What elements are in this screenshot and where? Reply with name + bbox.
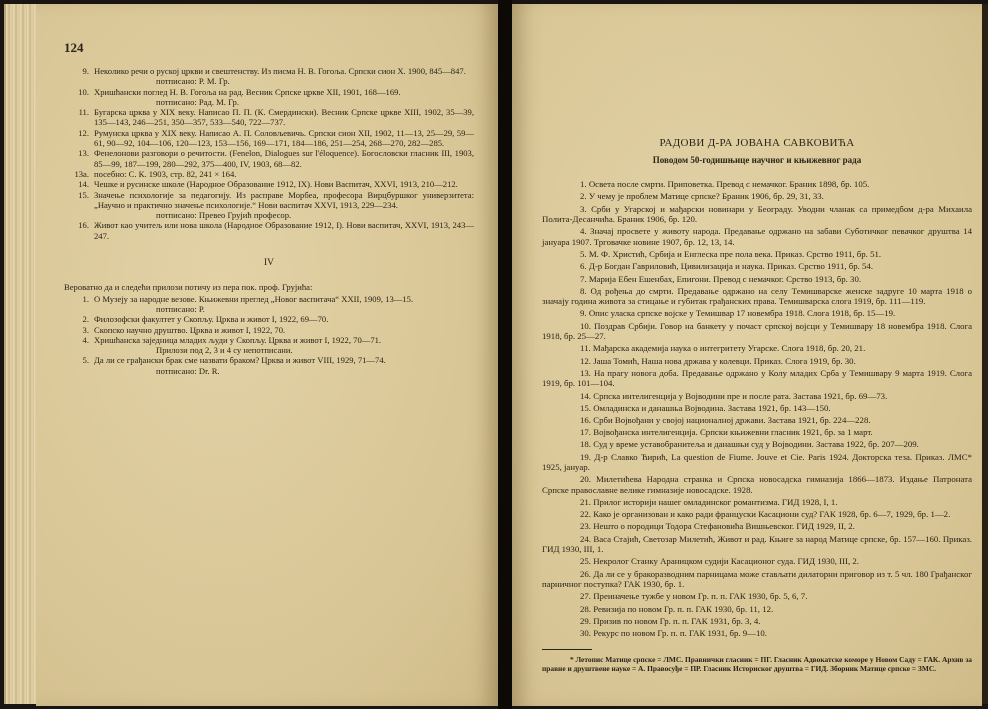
list-item: 18. Суд у време уставобранитеља и данашњ… [542,439,972,450]
item-number: 8. [580,286,587,296]
item-number: 20. [580,474,591,484]
list-item: 14.Чешке и русинске школе (Народное Обра… [64,179,474,189]
list-item: 1.О Музеју за народне везове. Књижевни п… [64,294,474,304]
list-item: 12. Јаша Томић, Наша нова држава у колев… [542,356,972,367]
section-heading: IV [64,258,474,268]
list-item: 12.Румунска црква у XIX веку. Написао А.… [64,128,474,149]
item-number: 4. [64,335,94,345]
list-item: 27. Преиначење тужбе у новом Гр. п. п. Г… [542,591,972,602]
list-item: 23. Нешто о породици Тодора Стефановића … [542,521,972,532]
item-number: 16. [64,220,94,241]
item-text: Д-р Славко Ћирић, La question de Fiume. … [542,452,972,473]
list-item: 15. Омладинска и данашња Војводина. Заст… [542,403,972,414]
item-number: 2. [64,314,94,324]
item-text: Хришћански поглед Н. В. Гогоља на рад. В… [94,87,474,97]
item-text: Преиначење тужбе у новом Гр. п. п. ГАК 1… [593,591,807,601]
item-text: Да ли се у бракоразводним парницама може… [542,569,972,590]
item-text: посебно: С. К. 1903, стр. 82, 241 × 164. [94,169,474,179]
item-number: 14. [580,391,591,401]
item-number: 15. [64,190,94,211]
item-text: Рекурс по новом Гр. п. п. ГАК 1931, бр. … [593,628,767,638]
item-number: 15. [580,403,591,413]
right-page-content: РАДОВИ Д-РА ЈОВАНА САВКОВИЋА Поводом 50-… [542,138,972,673]
item-number: 19. [580,452,591,462]
item-number: 4. [580,226,587,236]
savkovic-works-list: 1. Освета после смрти. Приповетка. Прево… [542,179,972,638]
item-signature: потписано: Рад. М. Гр. [64,97,474,107]
item-text: Нешто о породици Тодора Стефановића Вишњ… [593,521,855,531]
list-item: 10. Поздрав Србији. Говор на банкету у п… [542,321,972,342]
item-number: 21. [580,497,591,507]
item-number: 16. [580,415,591,425]
footnote-abbreviations: * Летопис Матице српске = ЛМС. Правнички… [542,655,972,673]
list-item: 5.Да ли се грађански брак сме назвати бр… [64,355,474,365]
item-text: Срби у Угарској и мађарски новинари у Бе… [542,204,972,225]
item-text: Како је организован и како ради француск… [593,509,950,519]
item-number: 2. [580,191,587,201]
item-text: Срби Војвођани у својој националној држа… [593,415,870,425]
item-text: Јаша Томић, Наша нова држава у колевци. … [593,356,856,366]
item-number: 26. [580,569,591,579]
item-text: Прилог историји нашег омладинског романт… [593,497,837,507]
list-item: 6. Д-р Богдан Гавриловић, Цивилизација и… [542,261,972,272]
item-number: 10. [64,87,94,97]
item-number: 5. [64,355,94,365]
list-item: 3.Скопско научно друштво. Црква и живот … [64,325,474,335]
list-item: 15.Значење психологиje за педагогиjу. Из… [64,190,474,211]
item-number: 24. [580,534,591,544]
footnote-rule [542,649,592,650]
item-number: 7. [580,274,587,284]
list-item: 19. Д-р Славко Ћирић, La question de Fiu… [542,452,972,473]
list-item: 9.Неколико речи о рускоj цркви и свештен… [64,66,474,76]
item-number: 11. [64,107,94,128]
page-edges [4,4,40,704]
list-item: 2. У чему је проблем Матице српске? Бран… [542,191,972,202]
list-item: 11.Бугарска црква у XIX веку. Написао П.… [64,107,474,128]
item-text: Значај просвете у животу народа. Предава… [542,226,972,247]
item-text: Омладинска и данашња Војводина. Застава … [593,403,830,413]
list-item: 17. Војвођанска интелигенција. Српски књ… [542,427,972,438]
list-item: 16. Срби Војвођани у својој националној … [542,415,972,426]
item-number: 13а. [64,169,94,179]
item-number: 5. [580,249,587,259]
open-book: 124 9.Неколико речи о рускоj цркви и све… [0,0,988,709]
list-item: 4. Значај просвете у животу народа. Пред… [542,226,972,247]
item-number: 12. [64,128,94,149]
list-item: 13.Фенелонови разговори о речитости. (Fe… [64,148,474,169]
list-item: 28. Ревизија по новом Гр. п. п. ГАК 1930… [542,604,972,615]
item-signature: потписано: Dr. R. [64,366,474,376]
item-text: Поздрав Србији. Говор на банкету у почас… [542,321,972,342]
item-number: 30. [580,628,591,638]
list-item: 22. Како је организован и како ради фран… [542,509,972,520]
item-text: Чешке и русинске школе (Народное Образов… [94,179,474,189]
item-text: Румунска црква у XIX веку. Написао А. П.… [94,128,474,149]
item-number: 25. [580,556,591,566]
list-item: 9. Опис уласка српске војске у Темишвар … [542,308,972,319]
item-text: Опис уласка српске војске у Темишвар 17 … [589,308,895,318]
list-item: 30. Рекурс по новом Гр. п. п. ГАК 1931, … [542,628,972,639]
list-item: 2.Филозофски факултет у Скопљу. Црква и … [64,314,474,324]
item-text: Некролог Станку Араницком судији Касацио… [593,556,859,566]
page-number: 124 [64,40,84,56]
item-text: Значење психологиje за педагогиjу. Из ра… [94,190,474,211]
attributed-works-list: 1.О Музеју за народне везове. Књижевни п… [64,294,474,376]
list-item: 5. М. Ф. Христић, Србија и Енглеска пре … [542,249,972,260]
item-number: 12. [580,356,591,366]
item-number: 27. [580,591,591,601]
item-number: 9. [64,66,94,76]
item-text: Д-р Богдан Гавриловић, Цивилизација и на… [589,261,873,271]
list-item: 11. Мађарска академија наука о интегрите… [542,343,972,354]
item-signature: Прилози под 2, 3 и 4 су непотписани. [64,345,474,355]
item-number: 3. [580,204,587,214]
item-text: Живот као учитељ или нова школа (Народно… [94,220,474,241]
item-text: Бугарска црква у XIX веку. Написао П. П.… [94,107,474,128]
item-number: 9. [580,308,587,318]
list-item: 4.Хришћанска заједница младих људи у Ско… [64,335,474,345]
item-number: 28. [580,604,591,614]
item-text: Фенелонови разговори о речитости. (Fenel… [94,148,474,169]
item-text: Скопско научно друштво. Црква и живот I,… [94,325,474,335]
item-number: 23. [580,521,591,531]
item-signature: потписано: Превео Грујић професор. [64,210,474,220]
list-item: 29. Призив по новом Гр. п. п. ГАК 1931, … [542,616,972,627]
item-text: М. Ф. Христић, Србија и Енглеска пре пол… [589,249,881,259]
item-text: Српска интелигенција у Војводини пре и п… [593,391,887,401]
item-text: Освета после смрти. Приповетка. Превод с… [589,179,870,189]
item-number: 18. [580,439,591,449]
item-number: 22. [580,509,591,519]
left-page-content: 9.Неколико речи о рускоj цркви и свештен… [64,66,474,376]
item-number: 29. [580,616,591,626]
item-text: Ревизија по новом Гр. п. п. ГАК 1930, бр… [593,604,773,614]
item-text: О Музеју за народне везове. Књижевни пре… [94,294,474,304]
bibliography-title: РАДОВИ Д-РА ЈОВАНА САВКОВИЋА [542,138,972,149]
item-text: Војвођанска интелигенција. Српски књижев… [593,427,873,437]
list-item: 3. Срби у Угарској и мађарски новинари у… [542,204,972,225]
list-item: 13а.посебно: С. К. 1903, стр. 82, 241 × … [64,169,474,179]
list-item: 10.Хришћански поглед Н. В. Гогоља на рад… [64,87,474,97]
item-number: 10. [580,321,591,331]
item-number: 11. [580,343,591,353]
item-number: 17. [580,427,591,437]
item-text: Васа Стајић, Светозар Милетић, Живот и р… [542,534,972,555]
item-text: Хришћанска заједница младих људи у Скопљ… [94,335,474,345]
list-item: 8. Од рођења до смрти. Предавање одржано… [542,286,972,307]
item-signature: потписано: Р. М. Гр. [64,76,474,86]
item-number: 1. [64,294,94,304]
item-number: 13. [64,148,94,169]
item-number: 14. [64,179,94,189]
item-text: У чему је проблем Матице српске? Браник … [589,191,824,201]
item-text: На прагу новога доба. Предавање одржано … [542,368,972,389]
item-number: 13. [580,368,591,378]
list-item: 7. Марија Ебен Ешенбах, Епигони. Превод … [542,274,972,285]
item-text: Суд у време уставобранитеља и данашњи су… [593,439,919,449]
item-text: Филозофски факултет у Скопљу. Црква и жи… [94,314,474,324]
list-item: 13. На прагу новога доба. Предавање одрж… [542,368,972,389]
section-intro: Вероватно да и следећи прилози потичу из… [64,282,474,292]
right-page-edge [982,4,988,704]
bibliography-subtitle: Поводом 50-годишњице научног и књижевног… [542,155,972,166]
item-number: 6. [580,261,587,271]
item-text: Неколико речи о рускоj цркви и свештенст… [94,66,474,76]
item-text: Милетићева Народна странка и Српска ново… [542,474,972,495]
item-text: Марија Ебен Ешенбах, Епигони. Превод с н… [589,274,861,284]
list-item: 26. Да ли се у бракоразводним парницама … [542,569,972,590]
list-item: 16.Живот као учитељ или нова школа (Наро… [64,220,474,241]
item-text: Мађарска академија наука о интегритету У… [593,343,865,353]
item-number: 3. [64,325,94,335]
list-item: 25. Некролог Станку Араницком судији Кас… [542,556,972,567]
list-item: 24. Васа Стајић, Светозар Милетић, Живот… [542,534,972,555]
item-text: Од рођења до смрти. Предавање одржано на… [542,286,972,307]
item-text: Да ли се грађански брак сме назвати брак… [94,355,474,365]
bibliography-list-continued: 9.Неколико речи о рускоj цркви и свештен… [64,66,474,241]
list-item: 20. Милетићева Народна странка и Српска … [542,474,972,495]
item-text: Призив по новом Гр. п. п. ГАК 1931, бр. … [593,616,760,626]
book-gutter [498,0,512,709]
item-number: 1. [580,179,587,189]
item-signature: потписано: Р. [64,304,474,314]
list-item: 1. Освета после смрти. Приповетка. Прево… [542,179,972,190]
list-item: 14. Српска интелигенција у Војводини пре… [542,391,972,402]
list-item: 21. Прилог историји нашег омладинског ро… [542,497,972,508]
